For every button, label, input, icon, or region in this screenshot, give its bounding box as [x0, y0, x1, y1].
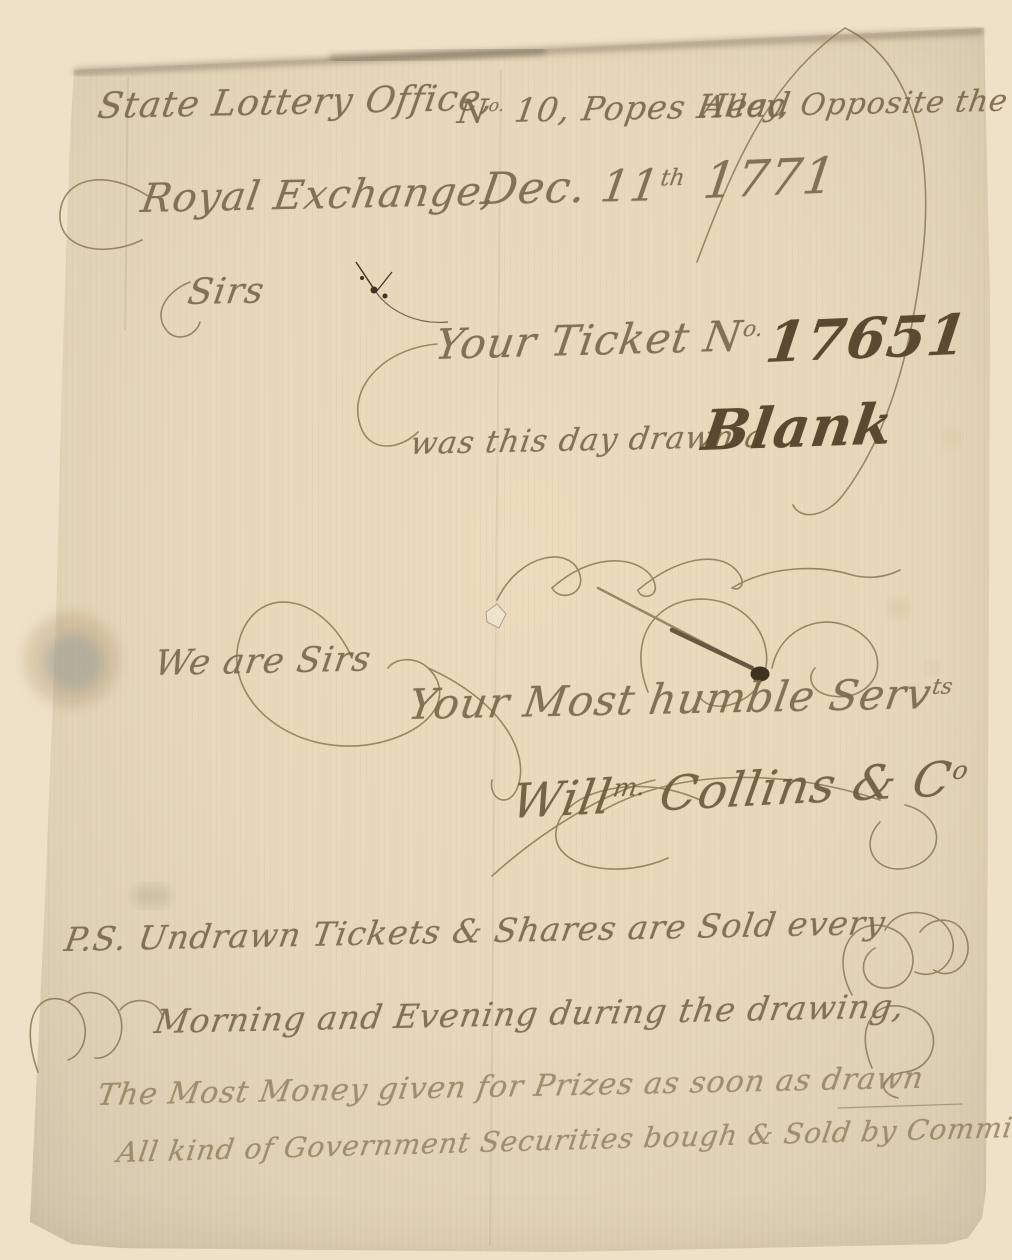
- salutation: Sirs: [185, 270, 267, 313]
- text-run: Your Ticket N: [432, 312, 746, 369]
- text-sup: m.: [611, 772, 648, 803]
- text-run: Will: [508, 769, 616, 830]
- text-run: N: [455, 91, 491, 131]
- closing-we-are: We are Sirs: [152, 640, 374, 684]
- text-sup: ts: [930, 674, 954, 699]
- text-sup: o.: [741, 317, 765, 343]
- letterhead-line2: Royal Exchange,: [138, 169, 499, 222]
- letter-date: Dec. 11th: [478, 160, 687, 215]
- text-run: Dec.: [478, 162, 590, 215]
- ticket-line: Your Ticket No.: [432, 311, 766, 369]
- ticket-number: 17651: [762, 302, 972, 376]
- letterhead-address-right: Alley, Opposite the: [700, 84, 1011, 125]
- text-sup: th: [659, 165, 687, 191]
- scan-background-mat: State Lottery Office, No. 10, Popes Head…: [0, 0, 1012, 1260]
- letter-year: 1771: [700, 146, 840, 210]
- letterhead-office: State Lottery Office,: [95, 78, 497, 127]
- text-run: 11: [582, 160, 663, 213]
- result-blank: Blank: [698, 391, 898, 464]
